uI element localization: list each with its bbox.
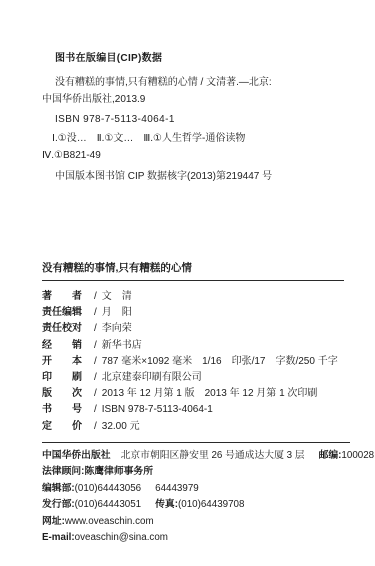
website-line: 网址:www.oveaschin.com [42,514,345,531]
editorial-dept-line: 编辑部:(010)6444305664443979 [42,481,345,498]
row-label: 责任校对 [42,321,92,337]
cip-classification-line1: Ⅰ.①没… Ⅱ.①文… Ⅲ.①人生哲学-通俗读物 [52,130,345,147]
publisher-address: 北京市朝阳区静安里 26 号通成达大厦 3 层 [121,450,305,461]
distribution-label: 发行部: [42,499,75,510]
postcode-value: 100028 [341,450,374,461]
row-value: 文 清 [102,291,132,302]
editorial-phone: (010)64443056 [75,483,141,494]
cip-classification-line2: Ⅳ.①B821-49 [42,147,345,164]
row-separator: / [94,419,97,435]
book-title: 没有糟糕的事情,只有糟糕的心情 [42,260,345,277]
cip-heading: 图书在版编目(CIP)数据 [55,50,345,67]
row-value: ISBN 978-7-5113-4064-1 [102,404,213,415]
editorial-label: 编辑部: [42,483,75,494]
row-label: 书 号 [42,402,92,418]
email-line: E-mail:oveaschin@sina.com [42,530,345,547]
row-separator: / [94,289,97,305]
row-separator: / [94,370,97,386]
row-separator: / [94,321,97,337]
legal-label: 法律顾问: [42,466,84,477]
row-label: 版 次 [42,386,92,402]
publisher-address-line: 中国华侨出版社北京市朝阳区静安里 26 号通成达大厦 3 层邮编:100028 [42,448,345,465]
cip-record-number: 中国版本图书馆 CIP 数据核字(2013)第219447 号 [55,168,345,185]
colophon-row-edition: 版 次/2013 年 12 月第 1 版 2013 年 12 月第 1 次印刷 [42,386,345,402]
colophon-row-author: 著 者/文 清 [42,289,345,305]
colophon-row-distributor: 经 销/新华书店 [42,338,345,354]
row-label: 印 刷 [42,370,92,386]
editorial-phone2: 64443979 [155,481,199,498]
divider-top [42,280,344,281]
row-value: 新华书店 [102,340,142,351]
postcode-label: 邮编: [319,450,342,461]
distribution-dept-line: 发行部:(010)64443051传真:(010)64439708 [42,497,345,514]
publisher-name: 中国华侨出版社 [42,450,111,461]
colophon-block: 没有糟糕的事情,只有糟糕的心情 著 者/文 清 责任编辑/月 阳 责任校对/李向… [42,260,345,435]
row-value: 787 毫米×1092 毫米 1/16 印张/17 字数/250 千字 [102,356,338,367]
colophon-row-editor: 责任编辑/月 阳 [42,305,345,321]
colophon-row-printer: 印 刷/北京建泰印刷有限公司 [42,370,345,386]
colophon-row-format: 开 本/787 毫米×1092 毫米 1/16 印张/17 字数/250 千字 [42,354,345,370]
cip-block: 图书在版编目(CIP)数据 没有糟糕的事情,只有糟糕的心情 / 文清著.—北京:… [42,50,345,185]
website-value: www.oveaschin.com [65,516,154,527]
row-label: 开 本 [42,354,92,370]
row-separator: / [94,402,97,418]
cip-publisher-line: 中国华侨出版社,2013.9 [42,91,345,108]
fax-phone: (010)64439708 [178,499,244,510]
row-value: 2013 年 12 月第 1 版 2013 年 12 月第 1 次印刷 [102,388,318,399]
colophon-row-price: 定 价/32.00 元 [42,419,345,435]
row-separator: / [94,386,97,402]
fax-label: 传真: [155,499,178,510]
colophon-row-proofreader: 责任校对/李向荣 [42,321,345,337]
copyright-page: 图书在版编目(CIP)数据 没有糟糕的事情,只有糟糕的心情 / 文清著.—北京:… [0,0,375,566]
row-value: 月 阳 [102,307,132,318]
colophon-row-isbn: 书 号/ISBN 978-7-5113-4064-1 [42,402,345,418]
distribution-phone: (010)64443051 [75,499,141,510]
row-value: 李向荣 [102,323,132,334]
row-value: 北京建泰印刷有限公司 [102,372,202,383]
row-label: 责任编辑 [42,305,92,321]
row-value: 32.00 元 [102,421,140,432]
row-label: 著 者 [42,289,92,305]
divider-bottom [42,442,350,443]
row-label: 定 价 [42,419,92,435]
website-label: 网址: [42,516,65,527]
cip-isbn-line: ISBN 978-7-5113-4064-1 [55,111,345,128]
publisher-block: 中国华侨出版社北京市朝阳区静安里 26 号通成达大厦 3 层邮编:100028 … [42,448,345,547]
row-separator: / [94,338,97,354]
row-separator: / [94,305,97,321]
email-value: oveaschin@sina.com [75,532,168,543]
cip-title-line: 没有糟糕的事情,只有糟糕的心情 / 文清著.—北京: [55,74,345,91]
row-separator: / [94,354,97,370]
legal-counsel-line: 法律顾问:陈鹰律师事务所 [42,464,345,481]
row-label: 经 销 [42,338,92,354]
legal-value: 陈鹰律师事务所 [84,466,153,477]
email-label: E-mail: [42,532,75,543]
